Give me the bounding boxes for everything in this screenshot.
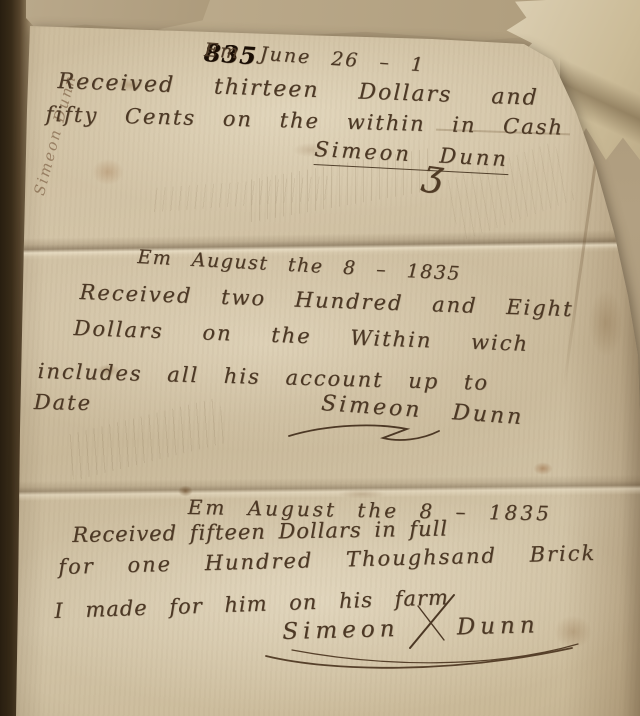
receipt-1-dateline: Em June 26 – 1835	[203, 40, 258, 70]
photo-of-document: Simeon Dunn Em June 26 – 1835 Received t…	[0, 0, 640, 716]
stain-mark	[86, 154, 130, 190]
pen-cross-stroke-icon	[400, 592, 462, 652]
stain-mark	[500, 26, 528, 41]
stain-mark	[584, 280, 628, 366]
stain-mark	[386, 16, 464, 40]
receipt-2-line-4: Date	[34, 391, 93, 415]
stain-mark	[530, 460, 556, 477]
signature-flourish-icon	[285, 420, 445, 446]
